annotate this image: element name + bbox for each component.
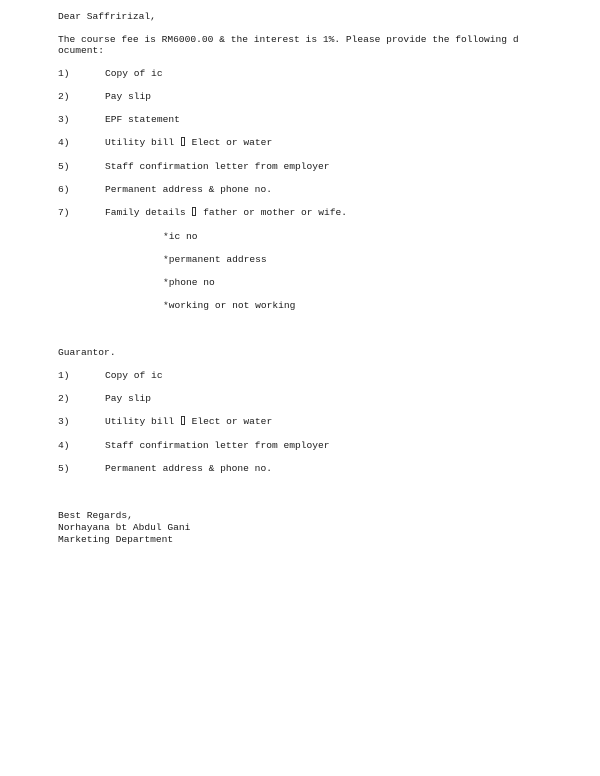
signer-name: Norhayana bt Abdul Gani <box>58 522 190 534</box>
item-text: Permanent address & phone no. <box>105 463 272 475</box>
item-number: 4) <box>58 137 70 149</box>
item-text: Staff confirmation letter from employer <box>105 161 330 173</box>
item-number: 1) <box>58 370 70 382</box>
greeting: Dear Saffririzal, <box>58 11 156 23</box>
intro-line-2: ocument: <box>58 45 104 57</box>
item-text: Copy of ic <box>105 370 163 382</box>
item-number: 1) <box>58 68 70 80</box>
closing: Best Regards, <box>58 510 133 522</box>
item-number: 5) <box>58 161 70 173</box>
item-number: 3) <box>58 416 70 428</box>
item-number: 4) <box>58 440 70 452</box>
sub-item: *ic no <box>163 231 198 243</box>
item-number: 6) <box>58 184 70 196</box>
item-text: Pay slip <box>105 393 151 405</box>
sub-item: *working or not working <box>163 300 295 312</box>
item-number: 3) <box>58 114 70 126</box>
item-text-pre: Utility bill <box>105 137 180 148</box>
sub-item: *phone no <box>163 277 215 289</box>
item-text: Staff confirmation letter from employer <box>105 440 330 452</box>
sub-item: *permanent address <box>163 254 267 266</box>
missing-glyph-icon <box>192 207 196 216</box>
item-text-post: father or mother or wife. <box>197 207 347 218</box>
item-text-pre: Utility bill <box>105 416 180 427</box>
item-text: Family details father or mother or wife. <box>105 207 347 219</box>
intro-line-1: The course fee is RM6000.00 & the intere… <box>58 34 519 46</box>
item-text: EPF statement <box>105 114 180 126</box>
item-text: Utility bill Elect or water <box>105 137 272 149</box>
item-text: Permanent address & phone no. <box>105 184 272 196</box>
item-text-post: Elect or water <box>186 137 272 148</box>
item-text: Copy of ic <box>105 68 163 80</box>
missing-glyph-icon <box>181 416 185 425</box>
item-text-post: Elect or water <box>186 416 272 427</box>
guarantor-heading: Guarantor. <box>58 347 116 359</box>
item-text-pre: Family details <box>105 207 191 218</box>
item-number: 2) <box>58 393 70 405</box>
missing-glyph-icon <box>181 137 185 146</box>
item-text: Pay slip <box>105 91 151 103</box>
item-text: Utility bill Elect or water <box>105 416 272 428</box>
signer-department: Marketing Department <box>58 534 173 546</box>
item-number: 7) <box>58 207 70 219</box>
item-number: 2) <box>58 91 70 103</box>
item-number: 5) <box>58 463 70 475</box>
